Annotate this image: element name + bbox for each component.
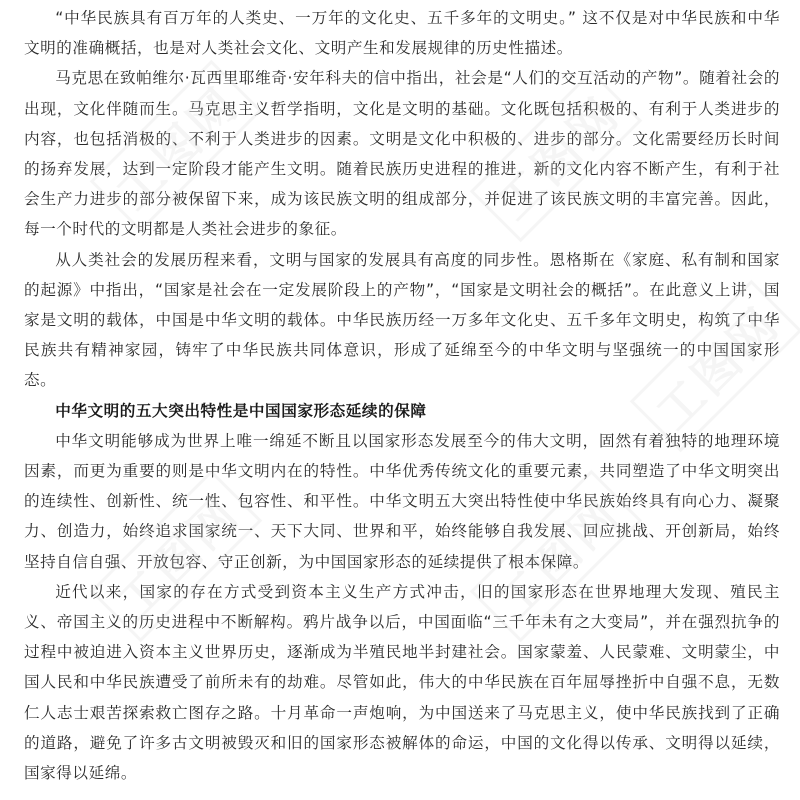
paragraph-4: 中华文明能够成为世界上唯一绵延不断且以国家形态发展至今的伟大文明，固然有着独特的… bbox=[24, 426, 780, 577]
paragraph-2: 马克思在致帕维尔·瓦西里耶维奇·安年科夫的信中指出，社会是“人们的交互活动的产物… bbox=[24, 63, 780, 244]
article-body: “中华民族具有百万年的人类史、一万年的文化史、五千多年的文明史。” 这不仅是对中… bbox=[24, 3, 780, 788]
paragraph-3: 从人类社会的发展历程来看，文明与国家的发展具有高度的同步性。恩格斯在《家庭、私有… bbox=[24, 245, 780, 396]
section-heading: 中华文明的五大突出特性是中国国家形态延续的保障 bbox=[24, 396, 780, 426]
paragraph-5: 近代以来，国家的存在方式受到资本主义生产方式冲击，旧的国家形态在世界地理大发现、… bbox=[24, 577, 780, 788]
paragraph-1: “中华民族具有百万年的人类史、一万年的文化史、五千多年的文明史。” 这不仅是对中… bbox=[24, 3, 780, 63]
